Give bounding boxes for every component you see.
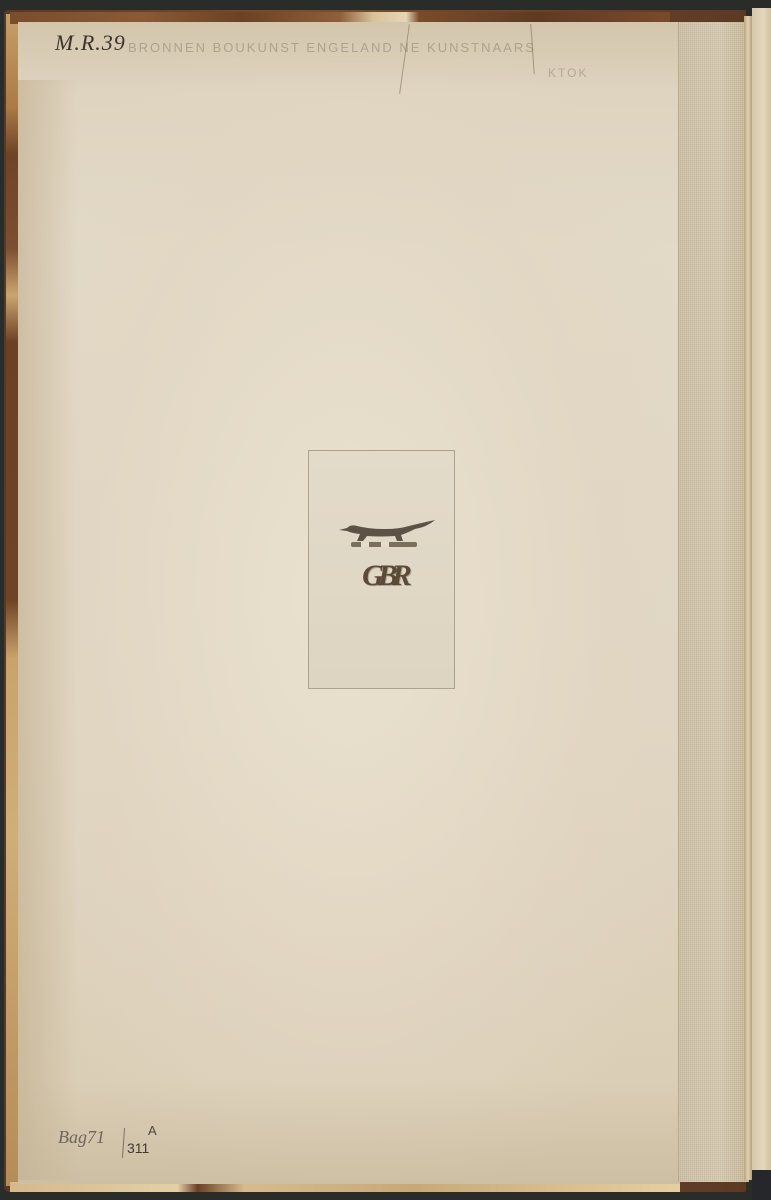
hinge-fold — [744, 16, 752, 1180]
pencil-annotation-superscript: A — [148, 1123, 157, 1138]
bookplate: GBR — [308, 450, 455, 689]
weasel-crest-icon — [337, 517, 437, 557]
shelfmark: M.R.39 — [55, 30, 126, 56]
cloth-hinge — [678, 22, 749, 1182]
library-stamp-line-2: KTOK — [548, 66, 588, 80]
pencil-annotation: Bag71 — [58, 1127, 105, 1148]
monogram: GBR — [339, 559, 429, 593]
pencil-annotation-number: 311 — [127, 1140, 149, 1156]
flyleaf-edge — [752, 8, 771, 1178]
paper-stain — [18, 80, 78, 1180]
library-stamp: BRONNEN BOUKUNST ENGELAND NE KUNSTNAARS — [128, 40, 648, 55]
paper-stain — [18, 1080, 680, 1184]
leather-edge-left — [6, 14, 18, 1186]
background-corner — [752, 1170, 771, 1200]
